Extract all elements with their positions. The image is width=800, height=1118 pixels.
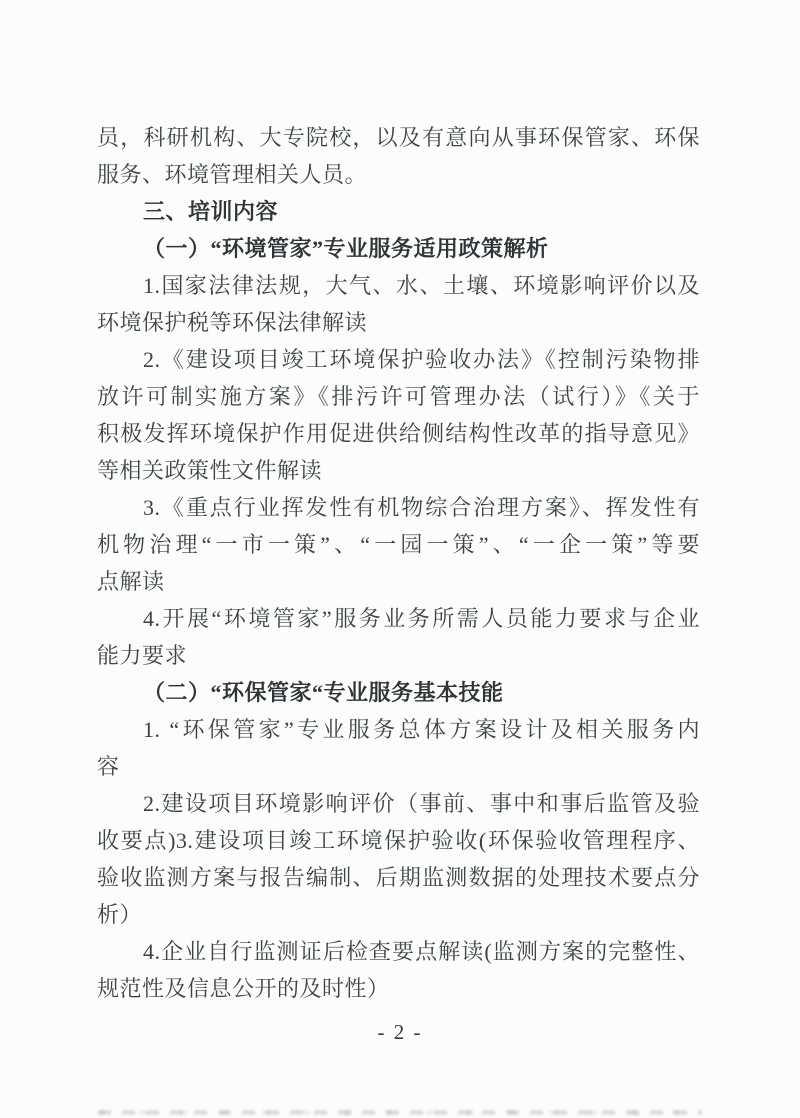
- heading-line: （一）“环境管家”专业服务适用政策解析: [97, 230, 700, 267]
- page-bottom-cutoff-artifact: [98, 1110, 702, 1115]
- text-line: 验收监测方案与报告编制、后期监测数据的处理技术要点分: [97, 859, 700, 896]
- text-line: 4.企业自行监测证后检查要点解读(监测方案的完整性、: [97, 933, 700, 970]
- text-line: 1. “环保管家”专业服务总体方案设计及相关服务内: [97, 711, 700, 748]
- document-body: 员，科研机构、大专院校，以及有意向从事环保管家、环保服务、环境管理相关人员。三、…: [97, 119, 700, 1007]
- text-line: 规范性及信息公开的及时性）: [97, 970, 700, 1007]
- text-line: 容: [97, 748, 700, 785]
- text-line: 等相关政策性文件解读: [97, 452, 700, 489]
- document-page: 员，科研机构、大专院校，以及有意向从事环保管家、环保服务、环境管理相关人员。三、…: [0, 0, 800, 1118]
- text-line: 析）: [97, 896, 700, 933]
- text-line: 机物治理“一市一策”、“一园一策”、“一企一策”等要: [97, 526, 700, 563]
- text-line: 2.《建设项目竣工环境保护验收办法》《控制污染物排: [97, 341, 700, 378]
- text-line: 点解读: [97, 563, 700, 600]
- text-line: 收要点)3.建设项目竣工环境保护验收(环保验收管理程序、: [97, 822, 700, 859]
- page-number: - 2 -: [0, 1020, 800, 1045]
- text-line: 员，科研机构、大专院校，以及有意向从事环保管家、环保: [97, 119, 700, 156]
- heading-line: （二）“环保管家“专业服务基本技能: [97, 674, 700, 711]
- text-line: 1.国家法律法规，大气、水、土壤、环境影响评价以及: [97, 267, 700, 304]
- text-line: 服务、环境管理相关人员。: [97, 156, 700, 193]
- text-line: 3.《重点行业挥发性有机物综合治理方案》、挥发性有: [97, 489, 700, 526]
- text-line: 积极发挥环境保护作用促进供给侧结构性改革的指导意见》: [97, 415, 700, 452]
- text-line: 4.开展“环境管家”服务业务所需人员能力要求与企业: [97, 600, 700, 637]
- text-line: 环境保护税等环保法律解读: [97, 304, 700, 341]
- text-line: 放许可制实施方案》《排污许可管理办法（试行）》《关于: [97, 378, 700, 415]
- heading-line: 三、培训内容: [97, 193, 700, 230]
- text-line: 2.建设项目环境影响评价（事前、事中和事后监管及验: [97, 785, 700, 822]
- text-line: 能力要求: [97, 637, 700, 674]
